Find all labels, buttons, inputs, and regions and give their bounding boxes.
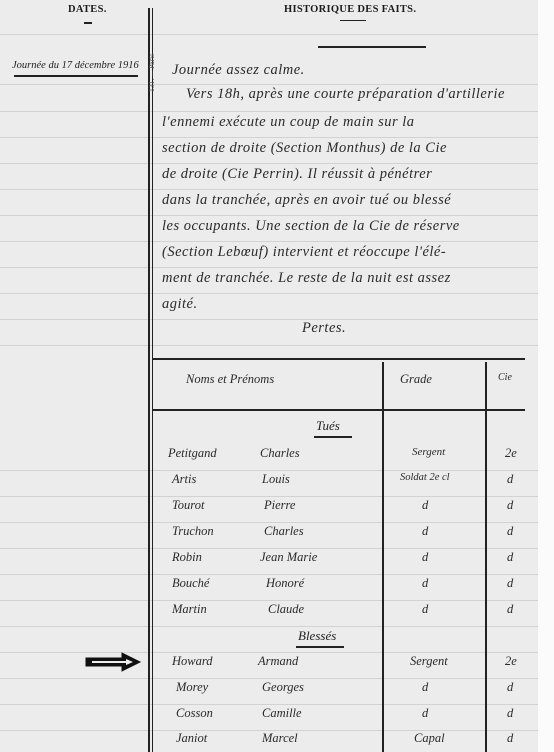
nom: Tourot [172,498,204,513]
section-underline [314,436,352,438]
printer-mark: 131. — Paris [149,54,156,92]
dates-column-header: DATES. [68,4,107,15]
prenom: Jean Marie [260,550,317,565]
table-col-divider [485,362,487,752]
nom: Petitgand [168,446,217,461]
narrative-line: Vers 18h, après une courte préparation d… [186,86,505,103]
section-title-tues: Tués [316,418,340,434]
col-header-noms: Noms et Prénoms [186,372,274,387]
column-divider [148,8,150,752]
nom: Howard [172,654,213,669]
prenom: Pierre [264,498,295,513]
grade: Sergent [412,446,445,458]
document-page: DATES. HISTORIQUE DES FAITS. 131. — Pari… [0,0,538,752]
prenom: Camille [262,706,302,721]
prenom: Honoré [266,576,304,591]
grade: d [422,602,428,617]
cie: 2e [505,654,517,669]
narrative-line: agité. [162,296,198,313]
cie: d [507,576,513,591]
grade: d [422,680,428,695]
cie: d [507,680,513,695]
grade: d [422,706,428,721]
cie: d [507,550,513,565]
date-entry: Journée du 17 décembre 1916 [12,60,139,71]
col-header-cie: Cie [498,372,512,383]
prenom: Charles [260,446,300,461]
cie: d [507,602,513,617]
narrative-line: les occupants. Une section de la Cie de … [162,218,460,235]
right-arrow-icon [84,652,142,676]
prenom: Louis [262,472,290,487]
historique-column-header: HISTORIQUE DES FAITS. [284,4,416,15]
section-title-blesses: Blessés [298,628,336,644]
narrative-line: l'ennemi exécute un coup de main sur la [162,114,415,131]
cie: 2e [505,446,517,461]
grade: d [422,498,428,513]
grade: d [422,550,428,565]
narrative-line: ment de tranchée. Le reste de la nuit es… [162,270,451,287]
prenom: Claude [268,602,304,617]
nom: Morey [176,680,208,695]
date-underline [14,75,138,77]
nom: Bouché [172,576,209,591]
cie: d [507,706,513,721]
cie: d [507,524,513,539]
grade: Capal [414,731,445,746]
narrative-line: Journée assez calme. [172,62,305,79]
narrative-line: de droite (Cie Perrin). Il réussit à pén… [162,166,432,183]
nom: Janiot [176,731,207,746]
grade: d [422,576,428,591]
prenom: Armand [258,654,298,669]
table-col-divider [382,362,384,752]
header-rule [318,46,426,48]
nom: Robin [172,550,202,565]
nom: Artis [172,472,196,487]
narrative-line: (Section Lebœuf) intervient et réoccupe … [162,244,446,261]
grade: Sergent [410,654,448,669]
nom: Martin [172,602,207,617]
grade: Soldat 2e cl [400,472,450,483]
header-dash [84,22,92,24]
prenom: Marcel [262,731,298,746]
narrative-line: dans la tranchée, après en avoir tué ou … [162,192,451,209]
table-top-rule [153,358,525,360]
cie: d [507,472,513,487]
col-header-grade: Grade [400,372,432,387]
page-edge [538,0,554,752]
cie: d [507,498,513,513]
prenom: Georges [262,680,304,695]
header-dash [340,20,366,21]
table-header-rule [153,409,525,411]
nom: Truchon [172,524,214,539]
prenom: Charles [264,524,304,539]
nom: Cosson [176,706,213,721]
column-divider-inner [152,8,153,752]
section-underline [296,646,344,648]
grade: d [422,524,428,539]
narrative-line: section de droite (Section Monthus) de l… [162,140,447,157]
pertes-heading: Pertes. [302,320,346,337]
cie: d [507,731,513,746]
